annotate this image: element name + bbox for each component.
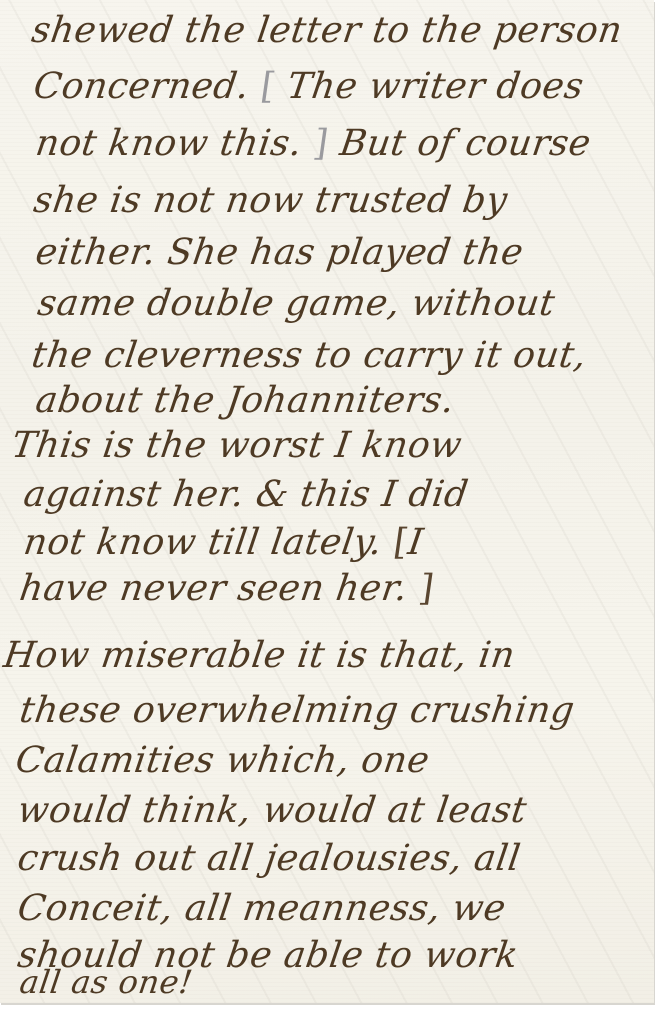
- line-text: these overwhelming crushing: [17, 690, 577, 731]
- letter-line-7: the cleverness to carry it out,: [29, 335, 589, 376]
- letter-line-3: not know this. ] But of course: [33, 123, 593, 164]
- line-text: have never seen her.: [17, 568, 422, 609]
- letter-line-14: these overwhelming crushing: [17, 690, 577, 731]
- letter-line-9: This is the worst I know: [9, 425, 464, 466]
- line-text: would think, would at least: [15, 790, 529, 831]
- letter-line-1: shewed the letter to the person: [29, 10, 625, 51]
- letter-line-18: Conceit, all meanness, we: [15, 888, 508, 929]
- letter-line-2: Concerned. [ The writer does: [31, 66, 586, 107]
- letter-line-6: same double game, without: [35, 283, 557, 324]
- line-text: shewed the letter to the person: [29, 10, 625, 51]
- line-text: against her. & this I did: [21, 474, 471, 515]
- line-text: about the Johanniters.: [33, 380, 457, 421]
- line-text: The writer does: [273, 66, 587, 107]
- line-text: all as one!: [17, 963, 195, 1001]
- line-text: the cleverness to carry it out,: [29, 335, 589, 376]
- line-text: This is the worst I know: [9, 425, 464, 466]
- line-text: Conceit, all meanness, we: [15, 888, 508, 929]
- line-text: But of course: [325, 123, 593, 164]
- letter-line-8: about the Johanniters.: [33, 380, 457, 421]
- letter-line-13: How miserable it is that, in: [1, 635, 518, 676]
- letter-page: shewed the letter to the person Concerne…: [0, 0, 654, 1003]
- letter-line-17: crush out all jealousies, all: [15, 838, 523, 879]
- line-text: How miserable it is that, in: [1, 635, 518, 676]
- letter-line-11: not know till lately. [I: [21, 522, 426, 563]
- line-text: she is not now trusted by: [31, 180, 510, 221]
- line-text: either. She has played the: [33, 232, 526, 273]
- line-text: not know this.: [33, 123, 316, 164]
- letter-line-16: would think, would at least: [15, 790, 529, 831]
- letter-line-10: against her. & this I did: [21, 474, 471, 515]
- line-text: Concerned.: [31, 66, 264, 107]
- line-text: crush out all jealousies, all: [15, 838, 523, 879]
- letter-line-20: all as one!: [17, 963, 195, 1001]
- line-text: same double game, without: [35, 283, 557, 324]
- line-text: Calamities which, one: [13, 740, 432, 781]
- letter-line-15: Calamities which, one: [13, 740, 432, 781]
- letter-line-12: have never seen her. ]: [17, 568, 437, 609]
- line-text: not know till lately.: [21, 522, 397, 563]
- letter-line-5: either. She has played the: [33, 232, 526, 273]
- letter-line-4: she is not now trusted by: [31, 180, 510, 221]
